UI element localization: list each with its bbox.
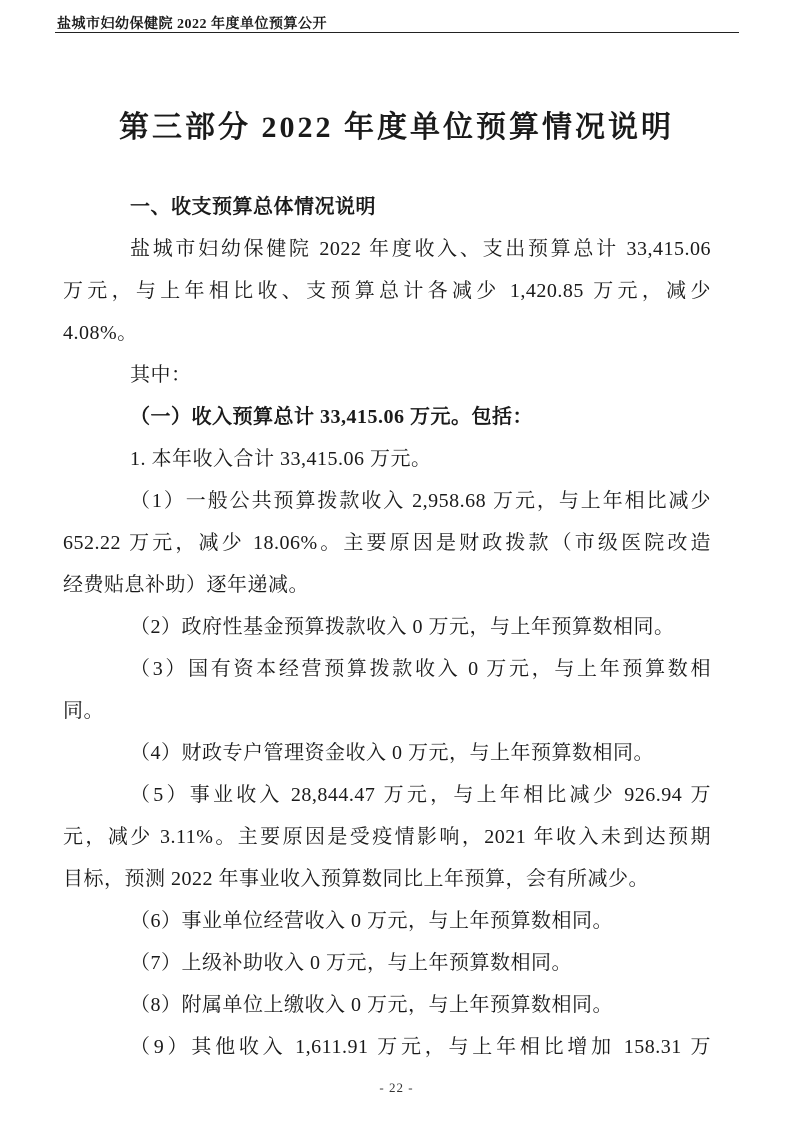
body-line: （1）一般公共预算拨款收入 2,958.68 万元，与上年相比减少 (63, 480, 711, 522)
body-line: （9）其他收入 1,611.91 万元，与上年相比增加 158.31 万 (63, 1026, 711, 1068)
page-header-text: 盐城市妇幼保健院 2022 年度单位预算公开 (57, 13, 327, 33)
body-line: 经费贴息补助）逐年递减。 (63, 564, 711, 606)
body-line: 目标，预测 2022 年事业收入预算数同比上年预算，会有所减少。 (63, 858, 711, 900)
body-line: （一）收入预算总计 33,415.06 万元。包括： (63, 396, 711, 438)
body-line: 盐城市妇幼保健院 2022 年度收入、支出预算总计 33,415.06 (63, 228, 711, 270)
section-title: 第三部分 2022 年度单位预算情况说明 (0, 102, 793, 146)
body-line: 元，减少 3.11%。主要原因是受疫情影响，2021 年收入未到达预期 (63, 816, 711, 858)
body-line: 4.08%。 (63, 312, 711, 354)
body-line: （3）国有资本经营预算拨款收入 0 万元，与上年预算数相 (63, 648, 711, 690)
body-line: 其中： (63, 354, 711, 396)
body-line: 1. 本年收入合计 33,415.06 万元。 (63, 438, 711, 480)
body-line: 万元，与上年相比收、支预算总计各减少 1,420.85 万元，减少 (63, 270, 711, 312)
body-line: （6）事业单位经营收入 0 万元，与上年预算数相同。 (63, 900, 711, 942)
document-body: 一、收支预算总体情况说明盐城市妇幼保健院 2022 年度收入、支出预算总计 33… (63, 186, 711, 1068)
body-line: 同。 (63, 690, 711, 732)
body-line: 652.22 万元，减少 18.06%。主要原因是财政拨款（市级医院改造 (63, 522, 711, 564)
body-line: （2）政府性基金预算拨款收入 0 万元，与上年预算数相同。 (63, 606, 711, 648)
document-page: 盐城市妇幼保健院 2022 年度单位预算公开 第三部分 2022 年度单位预算情… (0, 0, 793, 1122)
page-number: - 22 - (0, 1080, 793, 1096)
body-line: （5）事业收入 28,844.47 万元，与上年相比减少 926.94 万 (63, 774, 711, 816)
body-line: 一、收支预算总体情况说明 (63, 186, 711, 228)
body-line: （4）财政专户管理资金收入 0 万元，与上年预算数相同。 (63, 732, 711, 774)
body-line: （7）上级补助收入 0 万元，与上年预算数相同。 (63, 942, 711, 984)
header-divider (55, 32, 739, 33)
body-line: （8）附属单位上缴收入 0 万元，与上年预算数相同。 (63, 984, 711, 1026)
